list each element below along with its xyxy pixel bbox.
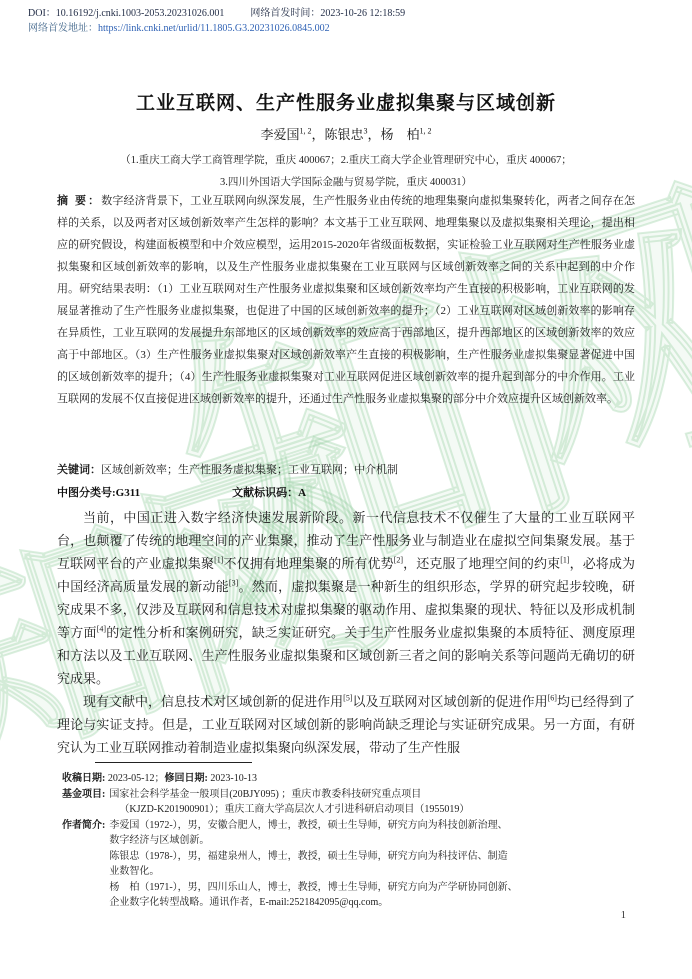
body-paragraph-1: 当前，中国正进入数字经济快速发展新阶段。新一代信息技术不仅催生了大量的工业互联网… [57,506,635,690]
bio-line: 杨 柏（1971-），男，四川乐山人，博士，教授，博士生导师，研究方向为产学研协… [109,880,654,896]
fund-label: 基金项目: [62,787,105,818]
bio-line: 陈银忠（1978-），男，福建泉州人，博士，教授，硕士生导师，研究方向为科技评估… [109,849,654,865]
bio-line: 企业数字化转型战略。通讯作者，E-mail:2521842095@qq.com。 [109,895,654,911]
page-number: 1 [621,910,626,921]
fund-line: （KJZD-K201900901）；重庆工商大学高层次人才引进科研启动项目（19… [109,802,654,818]
abstract-text: 数字经济背景下，工业互联网向纵深发展，生产性服务业由传统的地理集聚向虚拟集聚转化… [57,195,635,405]
abstract-label: 摘 要： [57,195,101,207]
affiliation-line-1: （1.重庆工商大学工商管理学院，重庆 400067；2.重庆工商大学企业管理研究… [0,152,692,167]
fund-content: 国家社会科学基金一般项目(20BJY095) ；重庆市教委科技研究重点项目 （K… [105,787,654,818]
bio-line: 李爱国（1972-），男，安徽合肥人，博士，教授，硕士生导师，研究方向为科技创新… [109,818,654,834]
doi-label: DOI： [28,8,56,19]
bio-line: 业数智化。 [109,864,654,880]
authors-line: 李爱国1, 2，陈银忠3，杨 柏1, 2 [0,124,692,143]
footnote-divider [95,762,252,763]
doi-line: DOI：10.16192/j.cnki.1003-2053.20231026.0… [28,6,405,21]
keywords-text: 区域创新效率；生产性服务虚拟集聚；工业互联网；中介机制 [101,464,398,476]
affiliation-line-2: 3.四川外国语大学国际金融与贸易学院，重庆 400031） [0,174,692,189]
keywords-line: 关键词：区域创新效率；生产性服务虚拟集聚；工业互联网；中介机制 [57,461,635,477]
fund-project-row: 基金项目: 国家社会科学基金一般项目(20BJY095) ；重庆市教委科技研究重… [62,787,654,818]
paper-page: 知网 知网 DOI：10.16192/j.cnki.1003-2053.2023… [0,0,692,979]
publish-time-label: 网络首发时间： [250,8,320,19]
clc-number: 中图分类号:G311 [57,487,140,499]
first-release-url-link[interactable]: https://link.cnki.net/urlid/11.1805.G3.2… [98,23,330,34]
classification-line: 中图分类号:G311文献标识码：A [57,484,635,500]
publish-time-value: 2023-10-26 12:18:59 [320,8,405,19]
abstract-block: 摘 要：数字经济背景下，工业互联网向纵深发展，生产性服务业由传统的地理集聚向虚拟… [57,190,635,410]
bio-line: 数字经济与区域创新。 [109,833,654,849]
first-release-header: DOI：10.16192/j.cnki.1003-2053.20231026.0… [28,6,405,36]
footnotes-block: 收稿日期: 2023-05-12；修回日期: 2023-10-13 基金项目: … [62,771,654,911]
author-bio-label: 作者简介: [62,818,105,911]
url-label: 网络首发地址： [28,23,98,34]
author-bio-row: 作者简介: 李爱国（1972-），男，安徽合肥人，博士，教授，硕士生导师，研究方… [62,818,654,911]
author-bio-content: 李爱国（1972-），男，安徽合肥人，博士，教授，硕士生导师，研究方向为科技创新… [105,818,654,911]
received-dates-line: 收稿日期: 2023-05-12；修回日期: 2023-10-13 [62,771,654,787]
paper-title: 工业互联网、生产性服务业虚拟集聚与区域创新 [0,88,692,115]
keywords-label: 关键词： [57,464,101,476]
body-paragraph-2: 现有文献中，信息技术对区域创新的促进作用[5]以及互联网对区域创新的促进作用[6… [57,690,635,759]
doi-value: 10.16192/j.cnki.1003-2053.20231026.001 [56,8,225,19]
fund-line: 国家社会科学基金一般项目(20BJY095) ；重庆市教委科技研究重点项目 [109,787,654,803]
first-release-url-line: 网络首发地址：https://link.cnki.net/urlid/11.18… [28,21,405,36]
document-code: 文献标识码：A [232,487,306,499]
body-text: 当前，中国正进入数字经济快速发展新阶段。新一代信息技术不仅催生了大量的工业互联网… [57,506,635,759]
